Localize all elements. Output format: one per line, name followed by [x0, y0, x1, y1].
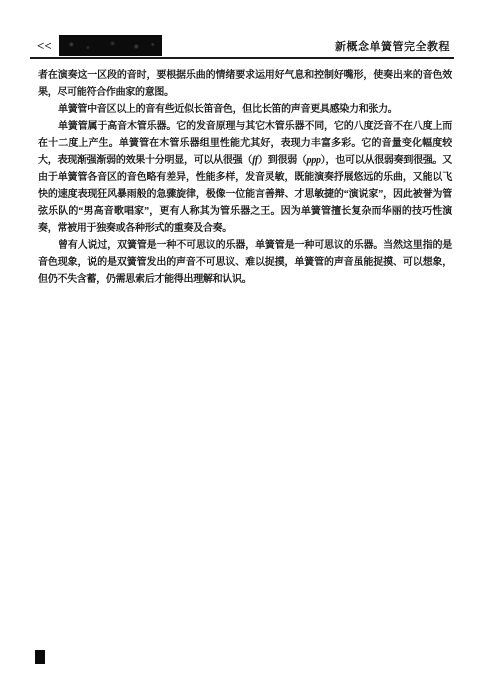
- paragraph: 者在演奏这一区段的音时，要根据乐曲的情绪要求运用好气息和控制好嘴形，使奏出来的音…: [38, 67, 452, 101]
- paragraph: 单簧管中音区以上的音有些近似长笛音色，但比长笛的声音更具感染力和张力。: [38, 101, 452, 118]
- redacted-chapter-label: [59, 35, 162, 56]
- text-run: ），也可以从很弱奏到很强。又由于单簧管各音区的音色略有差异，性能多样，发音灵敏，…: [38, 155, 452, 234]
- paragraph: 曾有人说过，双簧管是一种不可思议的乐器，单簧管是一种可思议的乐器。当然这里指的是…: [38, 237, 452, 288]
- book-page: << 新概念单簧管完全教程 者在演奏这一区段的音时，要根据乐曲的情绪要求运用好气…: [0, 0, 483, 690]
- text-run: 单簧管中音区以上的音有些近似长笛音色，但比长笛的声音更具感染力和张力。: [58, 104, 398, 115]
- page-corner-marker: [35, 650, 45, 664]
- nav-back-marker: <<: [37, 39, 52, 52]
- dynamics-mark: ppp: [307, 155, 321, 166]
- book-title: 新概念单簧管完全教程: [335, 38, 450, 54]
- text-run: 曾有人说过，双簧管是一种不可思议的乐器，单簧管是一种可思议的乐器。当然这里指的是…: [38, 240, 452, 285]
- text-run: 者在演奏这一区段的音时，要根据乐曲的情绪要求运用好气息和控制好嘴形，使奏出来的音…: [38, 70, 452, 98]
- paragraph: 单簧管属于高音木管乐器。它的发音原理与其它木管乐器不同，它的八度泛音不在八度上而…: [38, 118, 452, 237]
- header-divider: [30, 57, 454, 59]
- page-body-text: 者在演奏这一区段的音时，要根据乐曲的情绪要求运用好气息和控制好嘴形，使奏出来的音…: [38, 67, 452, 288]
- text-run: ）到很弱（: [258, 155, 307, 166]
- page-header: << 新概念单簧管完全教程: [37, 35, 450, 56]
